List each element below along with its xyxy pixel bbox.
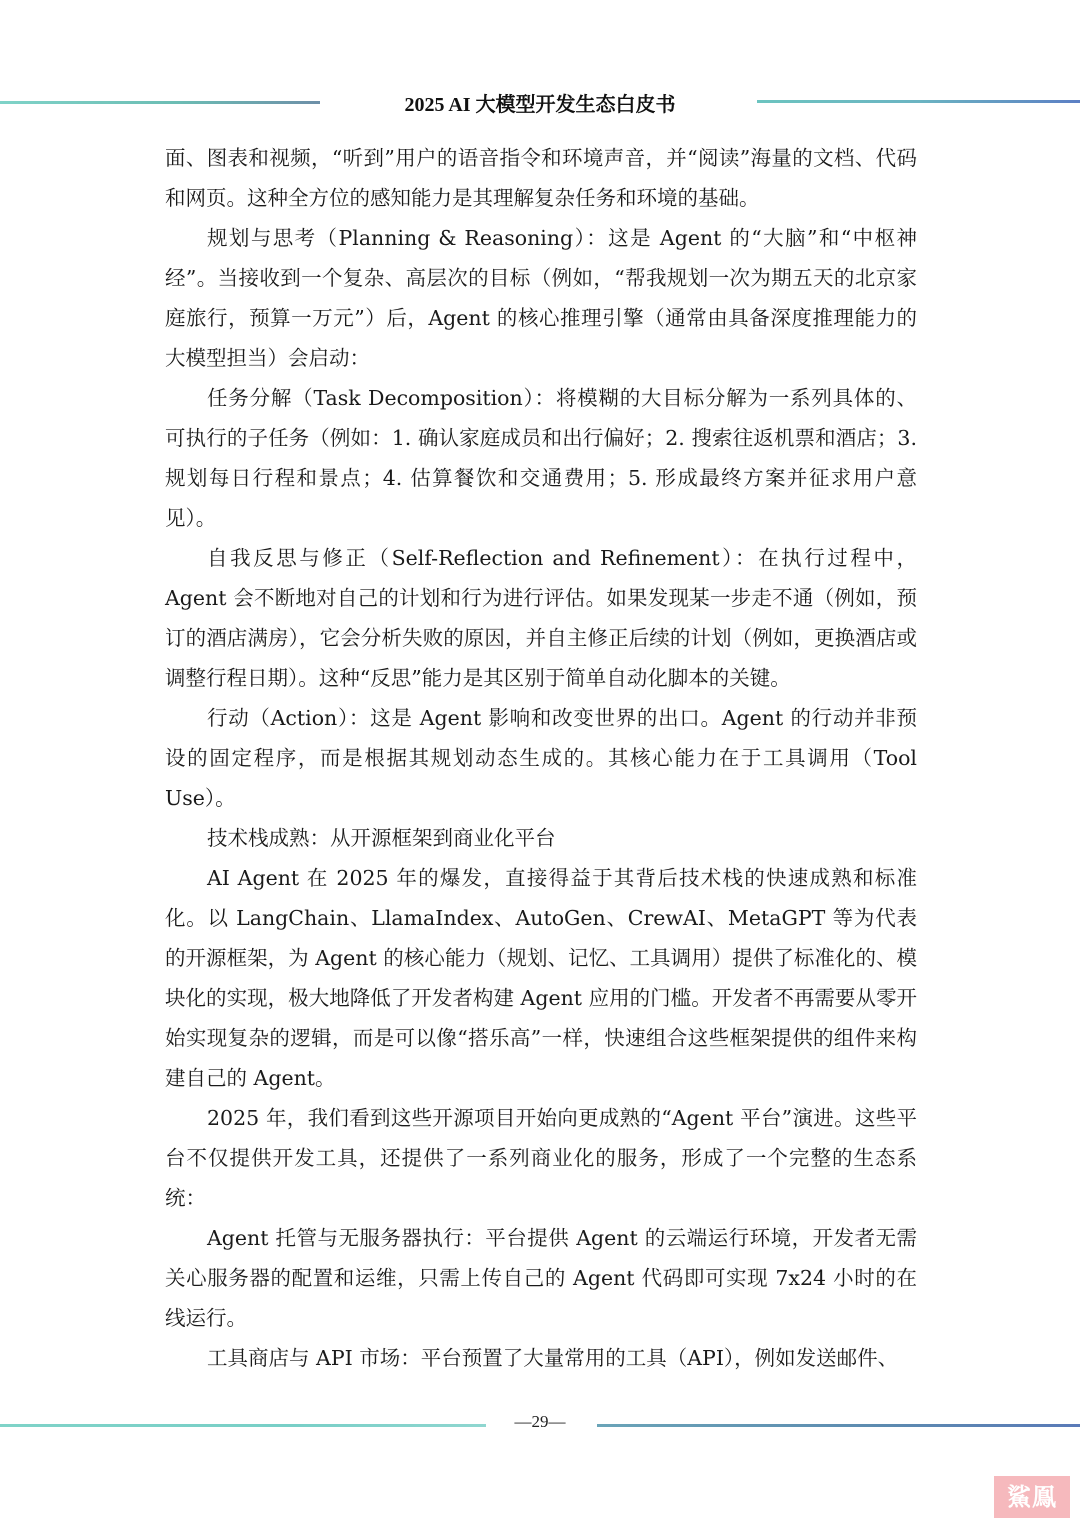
paragraph-action: 行动（Action）：这是 Agent 影响和改变世界的出口。Agent 的行动… (165, 698, 917, 818)
footer-rule-right (597, 1424, 1080, 1427)
header-rule-right (757, 100, 1080, 103)
section-heading: 技术栈成熟：从开源框架到商业化平台 (165, 818, 917, 858)
seal-watermark-icon: 鯊鳯 (994, 1476, 1070, 1518)
paragraph-self-reflection: 自我反思与修正（Self-Reflection and Refinement）：… (165, 538, 917, 698)
page-footer: —29— (0, 1412, 1080, 1442)
paragraph-agent-hosting: Agent 托管与无服务器执行：平台提供 Agent 的云端运行环境，开发者无需… (165, 1218, 917, 1338)
paragraph-tech-stack: AI Agent 在 2025 年的爆发，直接得益于其背后技术栈的快速成熟和标准… (165, 858, 917, 1098)
paragraph-tool-store: 工具商店与 API 市场：平台预置了大量常用的工具（API），例如发送邮件、 (165, 1338, 917, 1378)
paragraph-task-decomposition: 任务分解（Task Decomposition）：将模糊的大目标分解为一系列具体… (165, 378, 917, 538)
page-number: —29— (0, 1412, 1080, 1432)
paragraph-agent-platform: 2025 年，我们看到这些开源项目开始向更成熟的“Agent 平台”演进。这些平… (165, 1098, 917, 1218)
page-header: 2025 AI 大模型开发生态白皮书 (0, 84, 1080, 120)
seal-text: 鯊鳯 (998, 1480, 1066, 1514)
body-content: 面、图表和视频，“听到”用户的语音指令和环境声音，并“阅读”海量的文档、代码和网… (165, 138, 917, 1378)
paragraph-continuation: 面、图表和视频，“听到”用户的语音指令和环境声音，并“阅读”海量的文档、代码和网… (165, 138, 917, 218)
paragraph-planning: 规划与思考（Planning & Reasoning）：这是 Agent 的“大… (165, 218, 917, 378)
